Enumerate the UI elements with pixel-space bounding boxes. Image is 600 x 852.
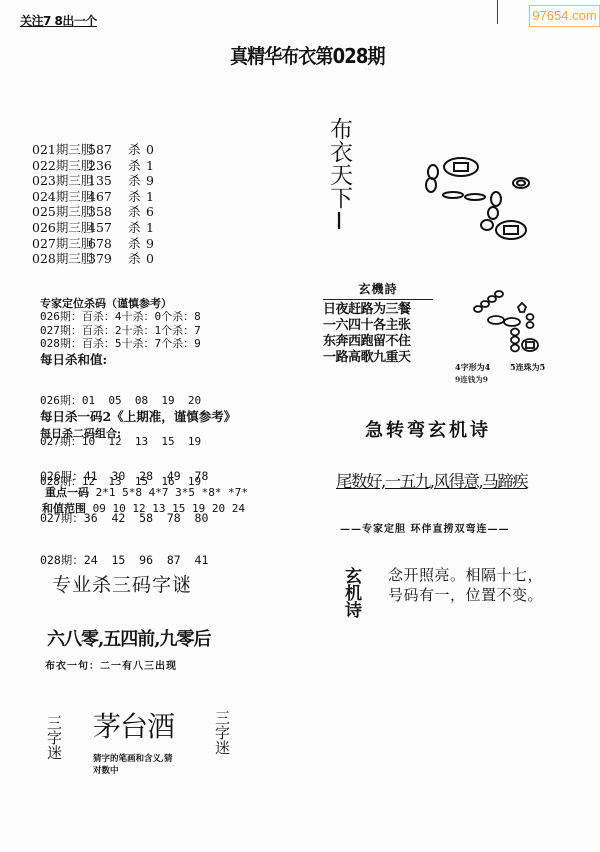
poem-line: 日夜赶路为三餐 [323, 302, 433, 318]
list-item: 026期：百杀：4十杀：0个杀：8 [40, 310, 201, 324]
list-item: 026期三胆457杀1 [32, 220, 154, 236]
period: 024期三胆 [32, 189, 88, 205]
divider-line [497, 0, 498, 24]
top-note: 关注7 8出一个 [20, 12, 97, 29]
list-item: 025期三胆358杀6 [32, 204, 154, 220]
daily-sum-kill-title: 每日杀和值: [40, 350, 107, 368]
kill-number: 6 [146, 204, 154, 220]
expert-dan-line: ——专家定胆 环伴直捞双弯连—— [340, 520, 509, 535]
key-code-label: 重点一码 [45, 486, 89, 499]
list-item: 028期三胆379杀0 [32, 251, 154, 267]
coin-chain-image [420, 150, 530, 240]
riddle-answer: 茅台酒 [93, 705, 174, 745]
dan-numbers: 135 [88, 173, 128, 189]
kill-three-title: 专业杀三码字谜 [52, 570, 192, 597]
dan-numbers: 379 [88, 251, 128, 267]
period: 022期三胆 [32, 158, 88, 174]
sum-range-value: 09 10 12 13 15 19 20 24 [93, 502, 245, 515]
dan-numbers: 457 [88, 220, 128, 236]
kill-label: 杀 [128, 173, 146, 189]
kill-label: 杀 [128, 142, 146, 158]
dan-numbers: 358 [88, 204, 128, 220]
list-item: 024期三胆467杀1 [32, 189, 154, 205]
list-item: 027期：百杀：2十杀：1个杀：7 [40, 324, 201, 338]
sum-range: 和值范围 09 10 12 13 15 19 20 24 [42, 500, 245, 516]
list-item: 021期三胆587杀0 [32, 142, 154, 158]
sharp-turn-title: 急转弯玄机诗 [365, 416, 491, 442]
xuanji-poem-title: 玄機詩 [323, 280, 433, 300]
sum-range-label: 和值范围 [42, 502, 86, 515]
page-title: 真精华布衣第028期 [230, 40, 385, 69]
key-code-value: 2*1 5*8 4*7 3*5 *8* *7* [96, 486, 248, 499]
kill-label: 杀 [128, 236, 146, 252]
period: 028期三胆 [32, 251, 88, 267]
position-kill-title: 专家定位杀码（谨慎参考） [40, 295, 172, 311]
picture-label: 5连珠为5 [510, 362, 545, 373]
period: 025期三胆 [32, 204, 88, 220]
dan-numbers: 678 [88, 236, 128, 252]
list-item: 026期：01 05 08 19 20 [40, 394, 201, 408]
poem-line: 念开照亮。相隔十七， [388, 565, 543, 585]
period: 023期三胆 [32, 173, 88, 189]
kill-label: 杀 [128, 204, 146, 220]
buyi-tianxia-title: 布衣天下I [325, 117, 352, 235]
key-code: 重点一码 2*1 5*8 4*7 3*5 *8* *7* [45, 484, 248, 500]
xuanji-verse: 念开照亮。相隔十七， 号码有一，位置不变。 [388, 565, 543, 605]
list-item: 028期：百杀：5十杀：7个杀：9 [40, 337, 201, 351]
picture-label: 9连钱为9 [455, 374, 488, 385]
riddle-hint: 猜字的笔画和含义,猜对数中 [93, 753, 178, 777]
list-item: 026胆：41 30 28 49 78 [40, 469, 208, 483]
xuanji-poem: 玄機詩 日夜赶路为三餐 一六四十各主张 东奔西跑留不住 一路高歌九重天 [323, 280, 433, 366]
position-kill-list: 026期：百杀：4十杀：0个杀：8 027期：百杀：2十杀：1个杀：7 028期… [40, 310, 201, 351]
tail-number-line: 尾数好,一五九,风得意,马蹄疾 [336, 468, 527, 492]
xuanji-verse-label: 玄机诗 [335, 567, 366, 618]
dan-numbers: 587 [88, 142, 128, 158]
kill-label: 杀 [128, 189, 146, 205]
three-char-riddle-label-right: 三字迷 [213, 710, 230, 755]
period: 027期三胆 [32, 236, 88, 252]
watermark-link[interactable]: 97654.com [529, 5, 600, 27]
kill-three-riddle: 六八零,五四前,九零后 [47, 625, 211, 651]
picture-label: 4字形为4 [455, 362, 490, 373]
kill-number: 9 [146, 236, 154, 252]
kill-number: 1 [146, 158, 154, 174]
coin-figure-image [470, 287, 550, 357]
list-item: 022期三胆236杀1 [32, 158, 154, 174]
poem-line: 东奔西跑留不住 [323, 334, 433, 350]
poem-line: 号码有一，位置不变。 [388, 585, 543, 605]
period: 021期三胆 [32, 142, 88, 158]
kill-number: 9 [146, 173, 154, 189]
three-dan-list: 021期三胆587杀0 022期三胆236杀1 023期三胆135杀9 024期… [32, 142, 154, 267]
poem-line: 一路高歌九重天 [323, 350, 433, 366]
kill-number: 1 [146, 189, 154, 205]
list-item: 023期三胆135杀9 [32, 173, 154, 189]
poem-line: 一六四十各主张 [323, 318, 433, 334]
kill-label: 杀 [128, 220, 146, 236]
dan-numbers: 467 [88, 189, 128, 205]
daily-one-code: 每日杀一码2《上期准，谨慎参考》 [40, 407, 236, 425]
kill-number: 1 [146, 220, 154, 236]
kill-number: 0 [146, 142, 154, 158]
three-char-riddle-label-left: 三字迷 [45, 715, 62, 760]
kill-label: 杀 [128, 158, 146, 174]
period: 026期三胆 [32, 220, 88, 236]
list-item: 028期：24 15 96 87 41 [40, 553, 208, 567]
kill-label: 杀 [128, 251, 146, 267]
buyi-line: 布衣一句：二一有八三出现 [45, 657, 177, 672]
daily-two-code-title: 每日杀二码组合: [40, 425, 121, 441]
list-item: 027期三胆678杀9 [32, 236, 154, 252]
kill-number: 0 [146, 251, 154, 267]
dan-numbers: 236 [88, 158, 128, 174]
